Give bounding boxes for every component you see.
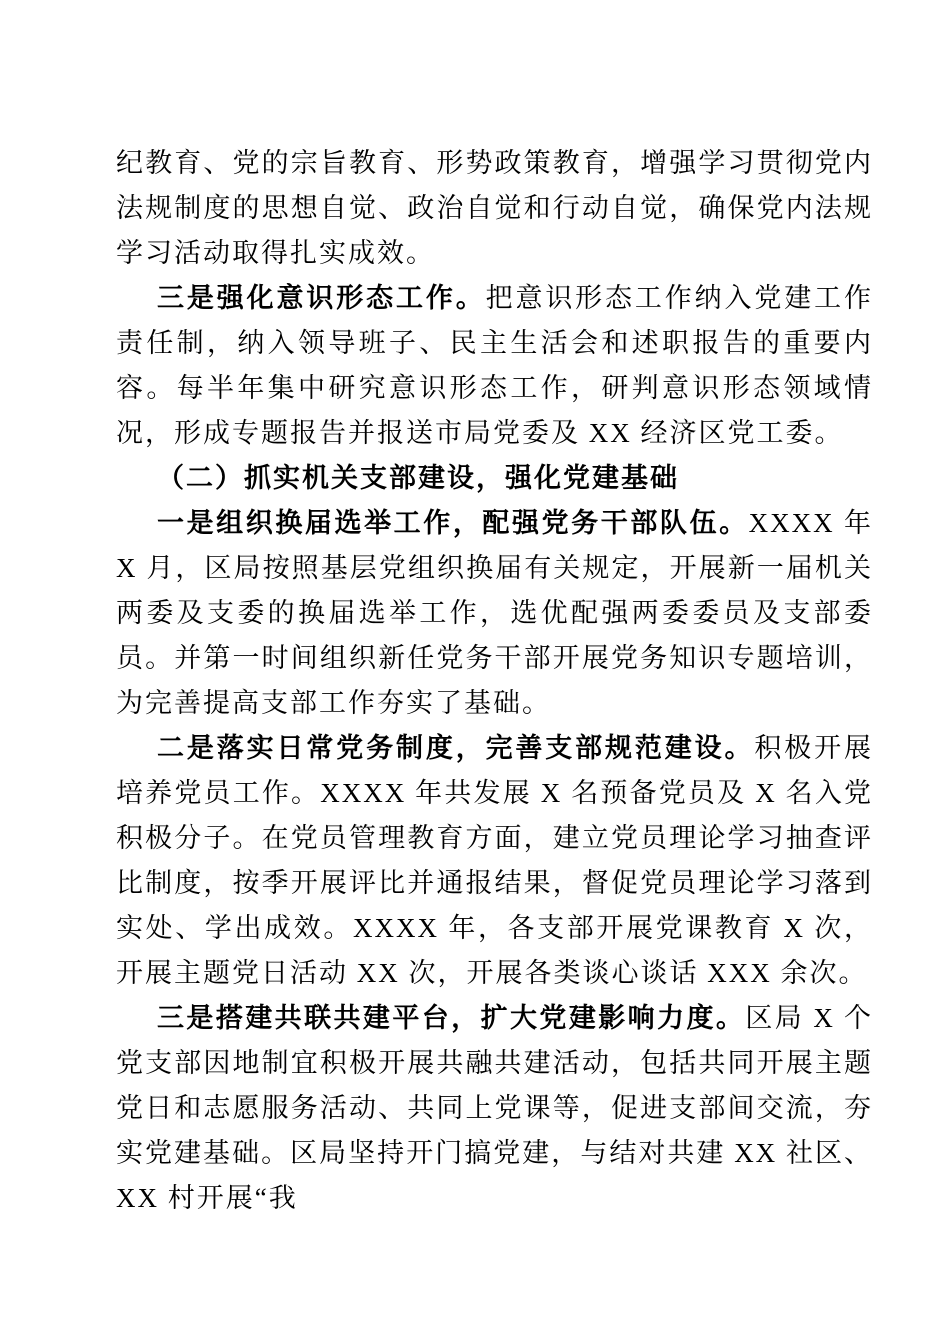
- section-heading-text: （二）抓实机关支部建设，强化党建基础: [157, 463, 679, 493]
- paragraph: 一是组织换届选举工作，配强党务干部队伍。XXXX 年 X 月，区局按照基层党组织…: [116, 501, 873, 726]
- paragraph: 三是强化意识形态工作。把意识形态工作纳入党建工作责任制，纳入领导班子、民主生活会…: [116, 276, 873, 456]
- paragraph: 二是落实日常党务制度，完善支部规范建设。积极开展培养党员工作。XXXX 年共发展…: [116, 726, 873, 996]
- document-body: 纪教育、党的宗旨教育、形势政策教育，增强学习贯彻党内法规制度的思想自觉、政治自觉…: [116, 141, 873, 1221]
- paragraph-body: XXXX 年 X 月，区局按照基层党组织换届有关规定，开展新一届机关两委及支委的…: [116, 508, 873, 718]
- paragraph-body: 区局 X 个党支部因地制宜积极开展共融共建活动，包括共同开展主题党日和志愿服务活…: [116, 1003, 873, 1213]
- document-page: 纪教育、党的宗旨教育、形势政策教育，增强学习贯彻党内法规制度的思想自觉、政治自觉…: [0, 0, 950, 1344]
- paragraph-lead: 一是组织换届选举工作，配强党务干部队伍。: [157, 508, 749, 538]
- paragraph-lead: 三是强化意识形态工作。: [157, 283, 486, 313]
- paragraph-body: 积极开展培养党员工作。XXXX 年共发展 X 名预备党员及 X 名入党积极分子。…: [116, 733, 873, 988]
- paragraph-lead: 三是搭建共联共建平台，扩大党建影响力度。: [157, 1003, 745, 1033]
- section-heading: （二）抓实机关支部建设，强化党建基础: [116, 456, 873, 501]
- paragraph: 三是搭建共联共建平台，扩大党建影响力度。区局 X 个党支部因地制宜积极开展共融共…: [116, 996, 873, 1221]
- paragraph: 纪教育、党的宗旨教育、形势政策教育，增强学习贯彻党内法规制度的思想自觉、政治自觉…: [116, 141, 873, 276]
- paragraph-lead: 二是落实日常党务制度，完善支部规范建设。: [157, 733, 754, 763]
- paragraph-body: 纪教育、党的宗旨教育、形势政策教育，增强学习贯彻党内法规制度的思想自觉、政治自觉…: [116, 148, 873, 268]
